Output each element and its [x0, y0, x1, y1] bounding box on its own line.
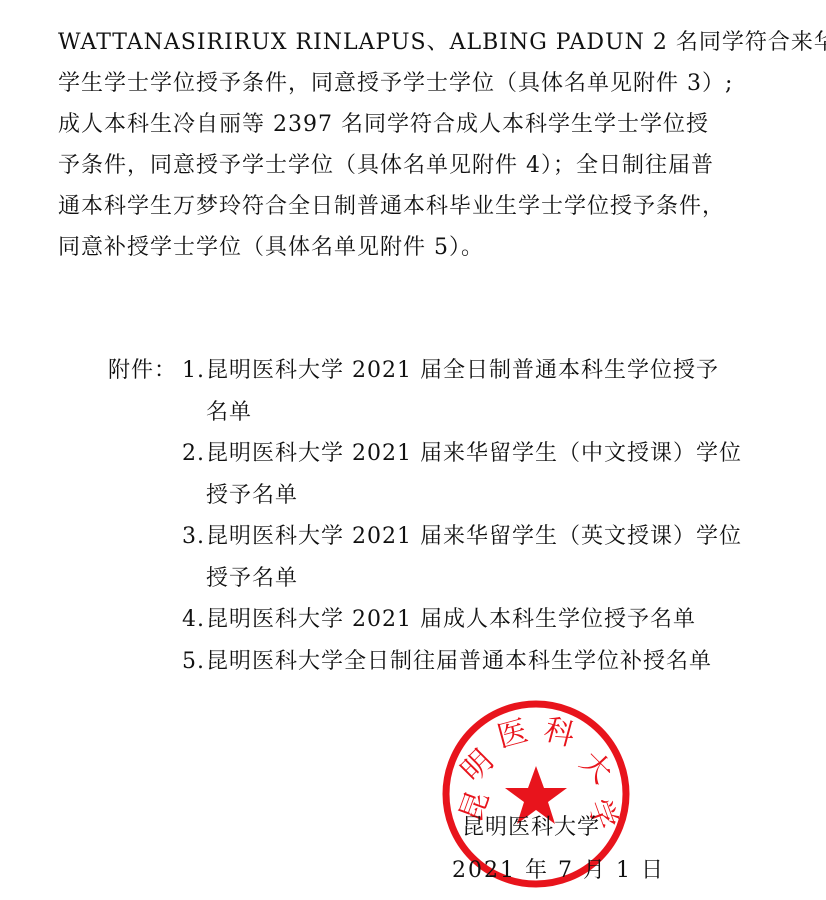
signer-organization: 昆明医科大学	[462, 810, 600, 841]
attachments-list: 附件： 1. 昆明医科大学 2021 届全日制普通本科生学位授予 名单 2. 昆…	[108, 350, 742, 682]
attachment-item-1: 附件： 1. 昆明医科大学 2021 届全日制普通本科生学位授予	[108, 350, 742, 392]
signature-date: 2021 年 7 月 1 日	[452, 853, 665, 884]
attachment-item-5: 5. 昆明医科大学全日制往届普通本科生学位补授名单	[108, 641, 742, 683]
svg-text:科: 科	[540, 712, 578, 754]
body-paragraph: WATTANASIRIRUX RINLAPUS、ALBING PADUN 2 名…	[58, 22, 778, 268]
attachment-item-2: 2. 昆明医科大学 2021 届来华留学生（中文授课）学位	[108, 433, 742, 475]
body-line: 通本科学生万梦玲符合全日制普通本科毕业生学士学位授予条件，	[58, 186, 778, 227]
svg-text:医: 医	[494, 714, 532, 756]
body-line: 学生学士学位授予条件，同意授予学士学位（具体名单见附件 3）;	[58, 63, 778, 104]
body-line: 同意补授学士学位（具体名单见附件 5）。	[58, 227, 778, 268]
attachment-item-4: 4. 昆明医科大学 2021 届成人本科生学位授予名单	[108, 599, 742, 641]
body-line: WATTANASIRIRUX RINLAPUS、ALBING PADUN 2 名…	[58, 22, 778, 63]
body-line: 予条件，同意授予学士学位（具体名单见附件 4）；全日制往届普	[58, 145, 778, 186]
svg-text:明: 明	[455, 743, 501, 789]
attachments-label: 附件：	[108, 350, 182, 392]
attachment-item-3: 3. 昆明医科大学 2021 届来华留学生（英文授课）学位	[108, 516, 742, 558]
body-line: 成人本科生冷自丽等 2397 名同学符合成人本科学生学士学位授	[58, 104, 778, 145]
